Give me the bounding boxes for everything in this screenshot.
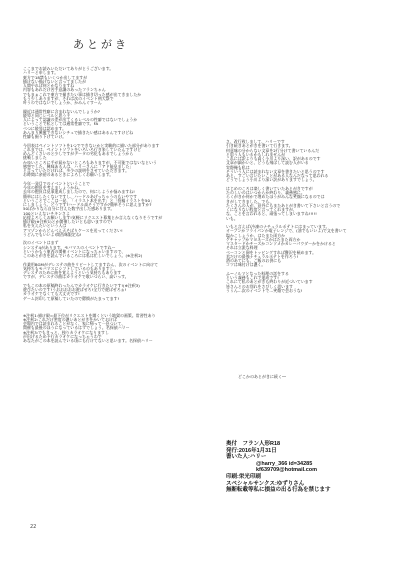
paragraph: 今回表はペイントソフトを1つでできないかと実験的に描いた部分がありますこれまでは… [23,144,203,178]
text-line: ゲーム封印して原稿していたので鬱憤がたまってます! [23,297,203,301]
paragraph: ※注釈1:描け殿=最下位がリクエストを聞くという地獄の画策。常習性あり※注釈2:… [23,314,203,344]
text-line: このあとがきを読んでいるころには私は忙しいでしょう。(※注釈2) [23,254,203,258]
text-line: うぅん…次のイベントで…笑顔で会おうな! [226,289,386,293]
text-line [23,305,203,309]
text-line: 性癖も掘り下げていけ。 [23,135,203,139]
paragraph: さ、改行致しまして、ハリーです引き続きあとがきを書いて行きます。何意味の分からな… [226,140,386,183]
colophon: 奥付 フラン人形R18発行:2016年1月31日書いた人:ハリー@harry_3… [226,441,331,494]
colophon-row: @harry_366 id=34285 [226,461,331,468]
paragraph: いもと言えば!冷凍のナチュラルポテトにはまっています。オーブンかフライパンか電子… [226,225,386,268]
text-line: お時間に余裕のあるときによろしくお願いします。 [23,173,203,177]
paragraph: はじめのころは楽しく書いていたあとがきですがたのしいのはいつからか終わり、義務感… [226,187,386,221]
text-line: コツは味付けは濃く。 [226,263,386,267]
paragraph [23,305,203,309]
colophon-row: kf639709@hotmail.com [226,467,331,474]
colophon-row: 奥付 フラン人形R18 [226,441,331,448]
afterword-right-column: さ、改行致しまして、ハリーです引き続きあとがきを書いて行きます。何意味の分からな… [226,140,386,297]
colophon-row: 無断転載等私に損益の出る行為を禁じます [226,487,331,494]
text-line: いも。 [226,217,386,221]
text-line: うどんでもいいよ!関西味限定ね! [23,233,203,237]
paragraph: ここまでお読みいただいてありがとうございます。ハリーと申します。東方で18禁もい… [23,67,203,105]
text-line: あなたがこの本を読んでいる頃にも行けてないと思います。名探偵ハリー [23,339,203,343]
paragraph: ふ〜ノルマとなった料理の話をするという義務もこれで達成です!これにて私のあとがき… [226,272,386,293]
paragraph: 今年一発目でのイベントということで今年の抱負を考えましょうかね。去年の抱負は見事… [23,182,203,237]
paragraph: でもこの本の原稿終わったんでカラオケに行きたいです!(※注釈3)遊びたいのです!… [23,284,203,301]
paragraph: 次のイベントはまずシンステ4があります、モバマスのイベントですねーというかもう東… [23,241,203,258]
text-line: 叶うのではないでしょうか、かみんぐすーん [23,101,203,105]
colophon-row: 書いた人:ハリー [226,454,331,461]
continue-note: どこかのあとがきに続く― [238,374,286,380]
colophon-row: 印刷:栄光印刷 [226,474,331,481]
paragraph: 作業用BGMがデレステの曲をリピートしてますわん、次のイベントに向けて気持ちもモ… [23,263,203,280]
text-line: どうでしょう小川より深い訳がありますでしょう。 [226,178,386,182]
afterword-left-column: ここまでお読みいただいてありがとうございます。ハリーと申します。東方で18禁もい… [23,67,203,348]
page-title: あとがき [73,36,129,52]
text-line: ですが、デレステの曲はカラオケで歌いづらい、高いっす。 [23,275,203,279]
page-number: 22 [30,524,36,530]
paragraph: 親近は通常性癖に含まれないんでしょうか?陵辱と同じレベルと思う主人によって認識の… [23,110,203,140]
